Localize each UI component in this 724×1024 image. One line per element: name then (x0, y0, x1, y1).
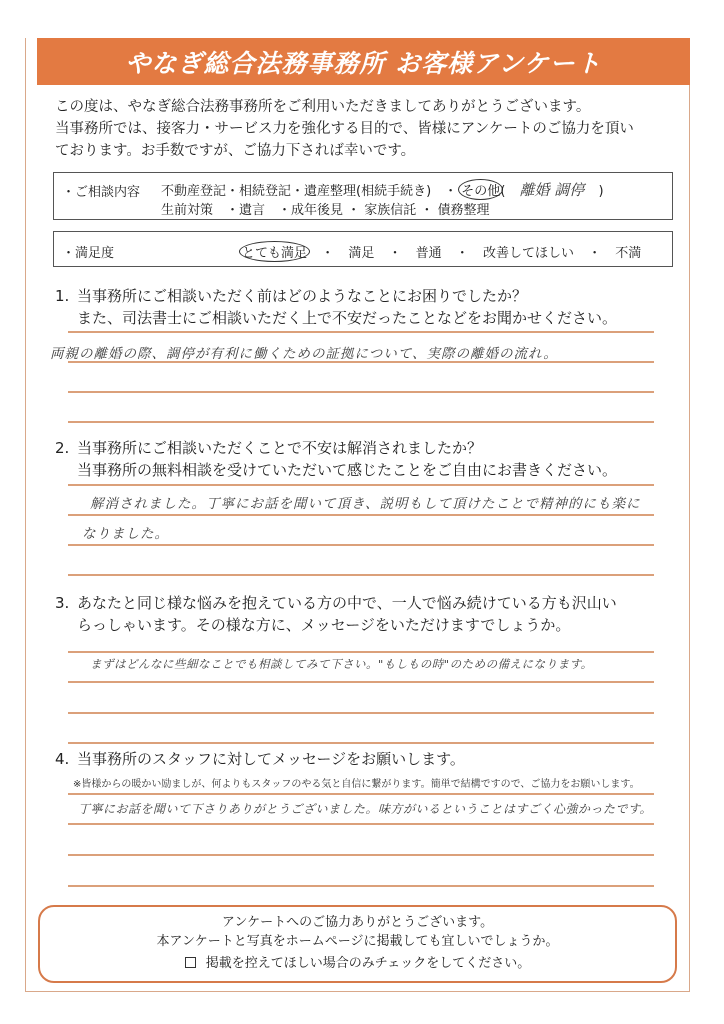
satisfaction-label: ・満足度 (62, 242, 114, 261)
answer-2-text-line1[interactable]: 解消されました。丁寧にお話を聞いて頂き、説明もして頂けたことで精神的にも楽に (90, 492, 640, 512)
answer-line (68, 514, 654, 516)
question-text: らっしゃいます。その様な方に、メッセージをいただけますでしょうか。 (55, 614, 617, 636)
question-text: あなたと同じ様な悩みを抱えている方の中で、一人で悩み続けている方も沢山い (77, 594, 617, 612)
question-number: 1. (55, 285, 77, 307)
question-text: 当事務所の無料相談を受けていただいて感じたことをご自由にお書きください。 (55, 459, 617, 481)
answer-3-text[interactable]: まずはどんなに些細なことでも相談してみて下さい。"もしもの時"のための備えになり… (90, 656, 593, 672)
answer-line (68, 712, 654, 714)
consultation-other-handwritten[interactable]: 離婚 調停 (520, 181, 585, 199)
answer-line (68, 681, 654, 683)
separator: ・ (456, 246, 469, 261)
opt-out-label: 掲載を控えてほしい場合のみチェックをしてください。 (206, 956, 531, 971)
intro-line: 当事務所では、接客力・サービス力を強化する目的で、皆様にアンケートのご協力を頂い (55, 118, 685, 140)
answer-line (68, 361, 654, 363)
answer-line (68, 793, 654, 795)
answer-line (68, 421, 654, 423)
satisfaction-box: ・満足度 とても満足 ・ 満足 ・ 普通 ・ 改善してほしい ・ 不満 (53, 231, 673, 267)
answer-line (68, 742, 654, 744)
consultation-options-row1: 不動産登記・相続登記・遺産整理(相続手続き) ・ その他( 離婚 調停 ) (161, 179, 604, 200)
thanks-text: アンケートへのご協力ありがとうございます。 (40, 913, 675, 932)
paren-open: ( (500, 184, 505, 199)
question-3: 3.あなたと同じ様な悩みを抱えている方の中で、一人で悩み続けている方も沢山い ら… (55, 592, 617, 636)
separator: ・ (588, 246, 601, 261)
satisfaction-option-very-satisfied[interactable]: とても満足 (239, 241, 310, 262)
answer-line (68, 823, 654, 825)
question-2: 2.当事務所にご相談いただくことで不安は解消されましたか？ 当事務所の無料相談を… (55, 437, 617, 481)
consultation-options-text: 不動産登記・相続登記・遺産整理(相続手続き) ・ (161, 184, 457, 199)
answer-1-text[interactable]: 両親の離婚の際、調停が有利に働くための証拠について、実際の離婚の流れ。 (50, 342, 558, 362)
intro-line: この度は、やなぎ総合法務事務所をご利用いただきましてありがとうございます。 (55, 96, 685, 118)
question-4-note: ※皆様からの暖かい励ましが、何よりもスタッフのやる気と自信に繋がります。簡単で結… (73, 775, 640, 790)
opt-out-checkbox[interactable] (185, 957, 196, 968)
answer-2-text-line2[interactable]: なりました。 (82, 522, 169, 542)
permission-question: 本アンケートと写真をホームページに掲載しても宜しいでしょうか。 (40, 932, 675, 951)
survey-title: やなぎ総合法務事務所 お客様アンケート (125, 44, 601, 80)
answer-4-text[interactable]: 丁寧にお話を聞いて下さりありがとうございました。味方がいるということはすごく心強… (78, 800, 652, 817)
satisfaction-option-unsatisfied[interactable]: 不満 (615, 246, 641, 261)
question-text: また、司法書士にご相談いただく上で不安だったことなどをお聞かせください。 (55, 307, 617, 329)
answer-line (68, 854, 654, 856)
answer-line (68, 391, 654, 393)
question-text: 当事務所のスタッフに対してメッセージをお願いします。 (77, 750, 465, 768)
answer-line (68, 544, 654, 546)
answer-line (68, 651, 654, 653)
satisfaction-option-needs-improvement[interactable]: 改善してほしい (483, 246, 574, 261)
question-text: 当事務所にご相談いただくことで不安は解消されましたか？ (77, 439, 482, 457)
question-number: 4. (55, 748, 77, 770)
question-number: 3. (55, 592, 77, 614)
satisfaction-option-satisfied[interactable]: 満足 (348, 246, 374, 261)
answer-line (68, 885, 654, 887)
consultation-type-label: ・ご相談内容 (62, 181, 140, 200)
paren-close: ) (598, 184, 603, 199)
question-number: 2. (55, 437, 77, 459)
publication-consent-box: アンケートへのご協力ありがとうございます。 本アンケートと写真をホームページに掲… (38, 905, 677, 983)
answer-line (68, 574, 654, 576)
question-text: 当事務所にご相談いただく前はどのようなことにお困りでしたか？ (77, 287, 527, 305)
title-banner: やなぎ総合法務事務所 お客様アンケート (37, 38, 690, 85)
consultation-type-box: ・ご相談内容 不動産登記・相続登記・遺産整理(相続手続き) ・ その他( 離婚 … (53, 172, 673, 220)
question-4: 4.当事務所のスタッフに対してメッセージをお願いします。 (55, 748, 465, 770)
opt-out-row: 掲載を控えてほしい場合のみチェックをしてください。 (40, 954, 675, 973)
question-1: 1.当事務所にご相談いただく前はどのようなことにお困りでしたか？ また、司法書士… (55, 285, 617, 329)
intro-text: この度は、やなぎ総合法務事務所をご利用いただきましてありがとうございます。 当事… (55, 96, 685, 162)
separator: ・ (321, 246, 334, 261)
satisfaction-option-normal[interactable]: 普通 (416, 246, 442, 261)
intro-line: ております。お手数ですが、ご協力下されば幸いです。 (55, 140, 685, 162)
separator: ・ (388, 246, 401, 261)
answer-line (68, 484, 654, 486)
consultation-option-other[interactable]: その他 (458, 179, 503, 200)
satisfaction-options: とても満足 ・ 満足 ・ 普通 ・ 改善してほしい ・ 不満 (242, 242, 641, 261)
consultation-options-row2[interactable]: 生前対策 ・遺言 ・成年後見 ・ 家族信託 ・ 債務整理 (161, 199, 490, 218)
answer-line (68, 331, 654, 333)
